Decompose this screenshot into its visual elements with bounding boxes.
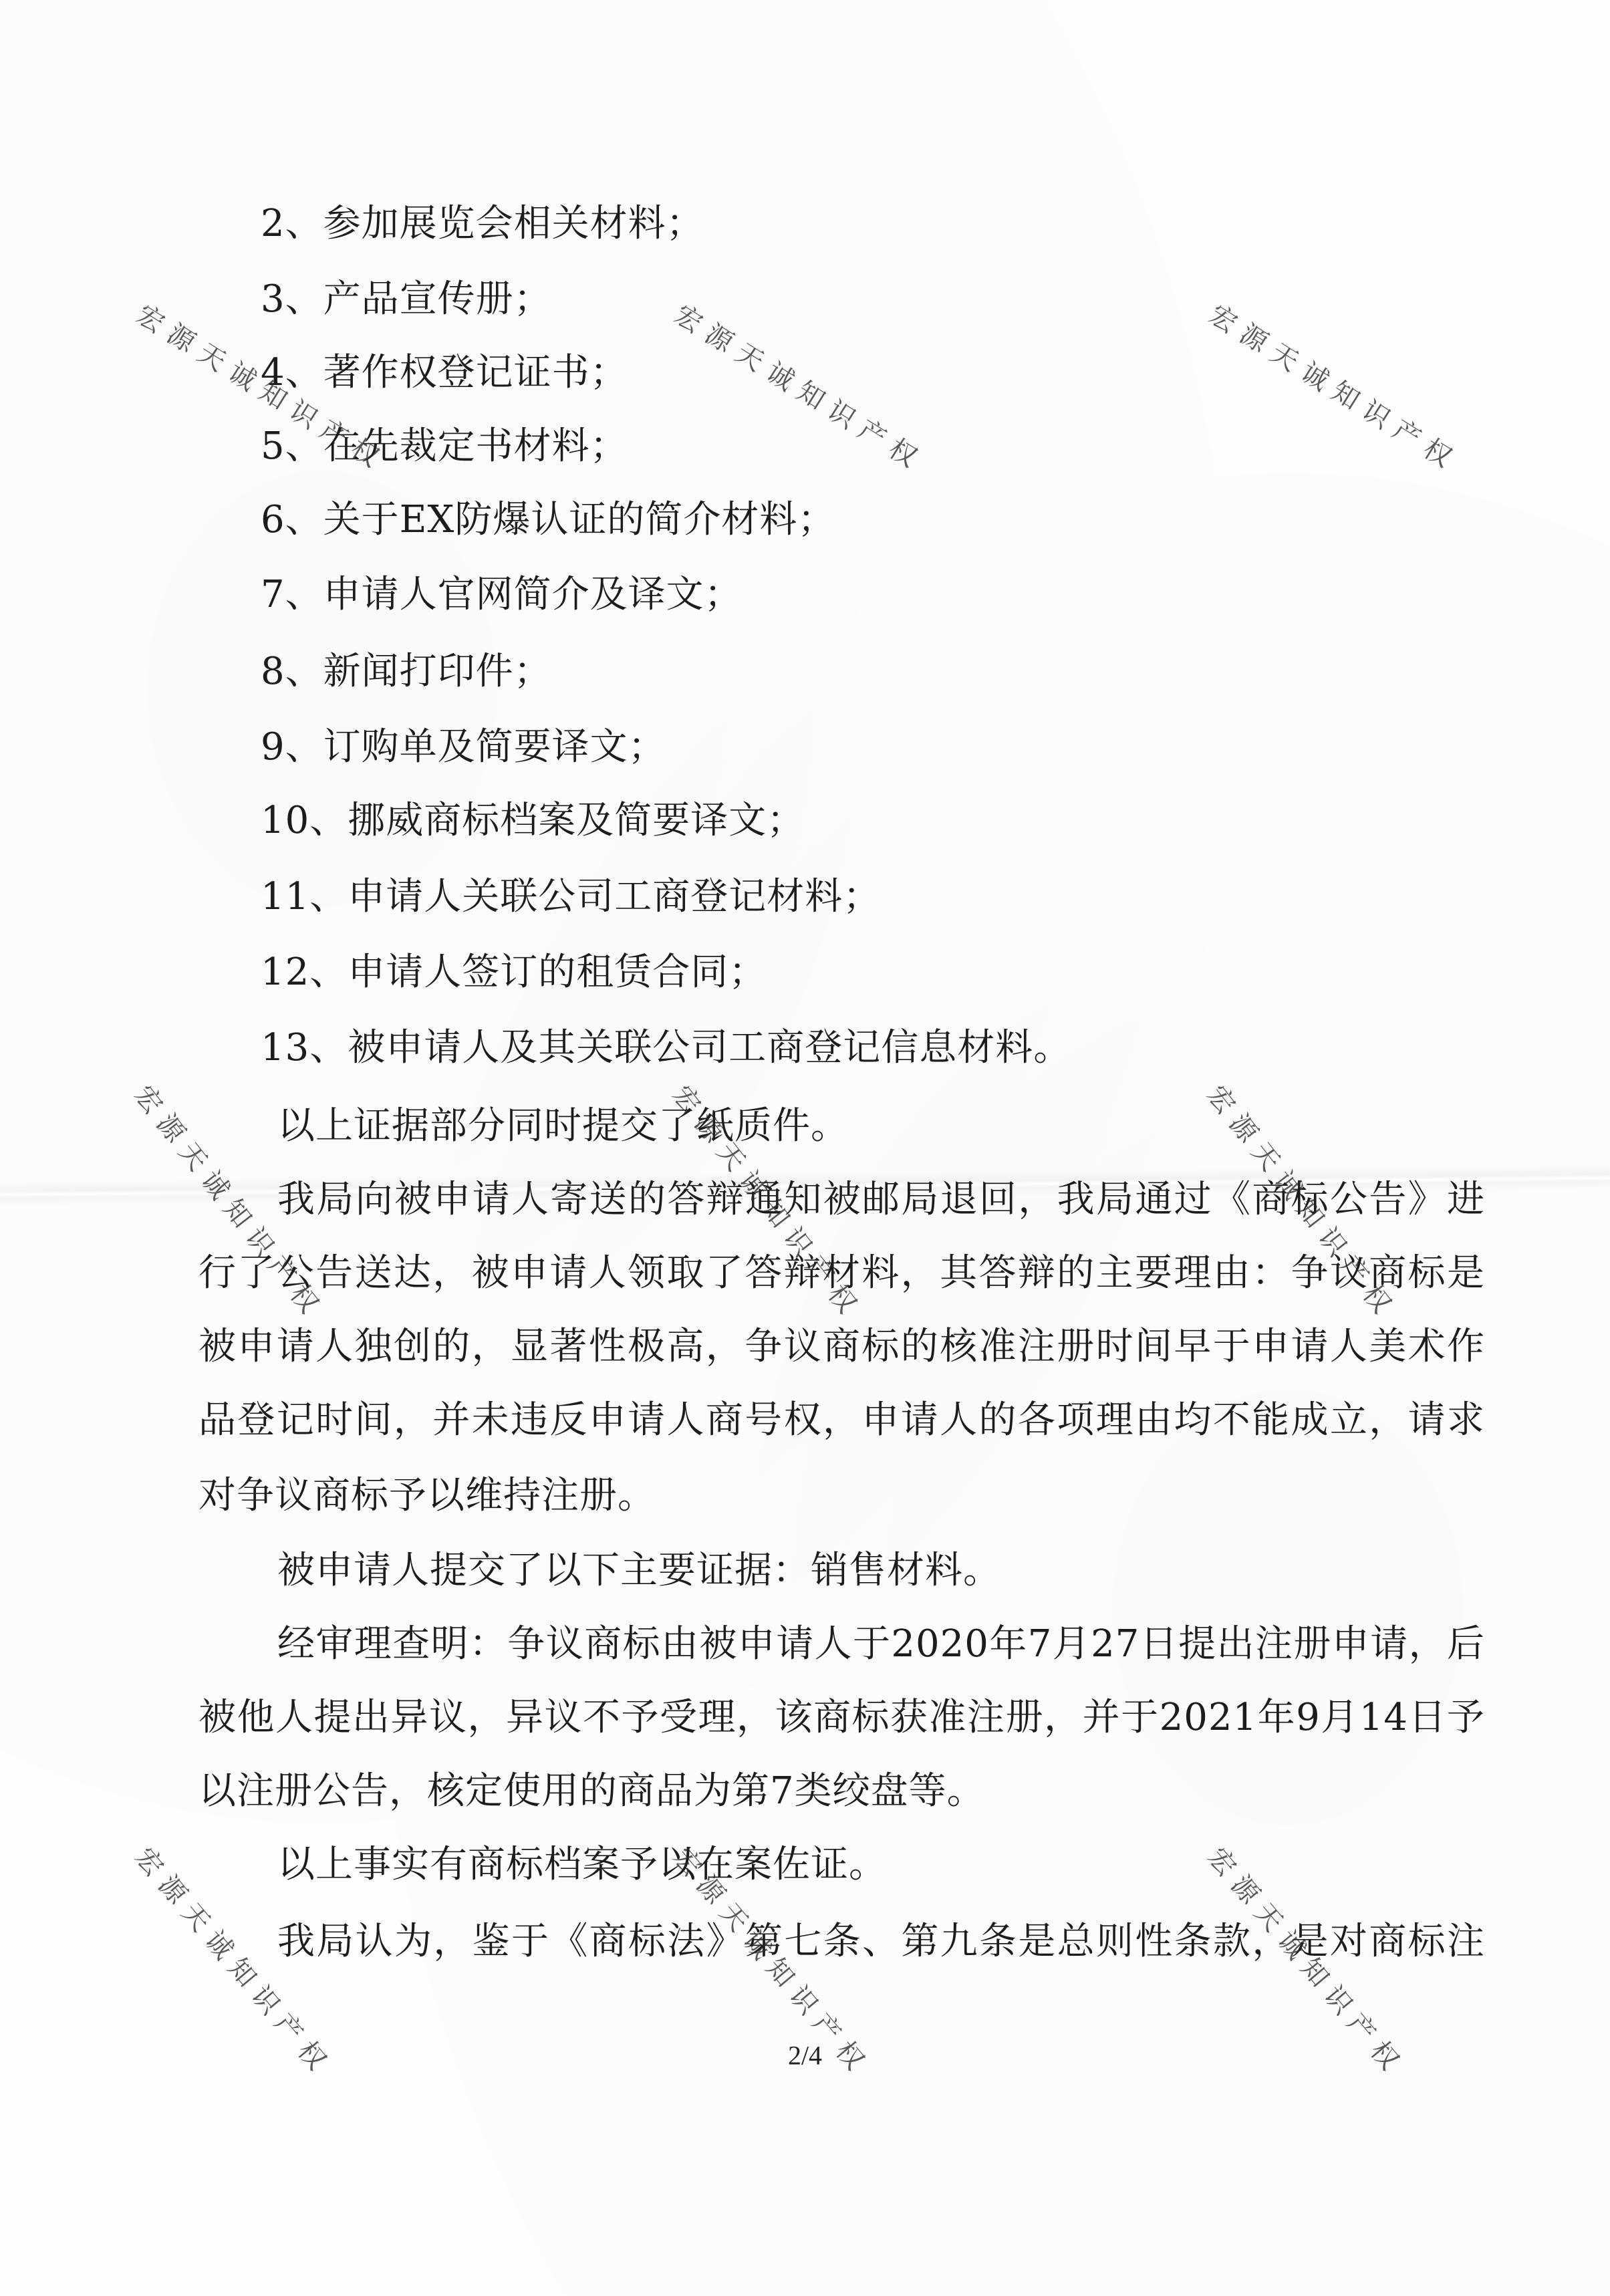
- evidence-item-4: 4、著作权登记证书；: [261, 350, 628, 396]
- evidence-item-6: 6、关于EX防爆认证的简介材料；: [261, 497, 835, 543]
- reply-paragraph-line-1: 我局向被申请人寄送的答辩通知被邮局退回，我局通过《商标公告》进: [277, 1176, 1485, 1223]
- findings-paragraph-line-1: 经审理查明：争议商标由被申请人于2020年7月27日提出注册申请，后: [277, 1621, 1485, 1668]
- reply-paragraph-line-5: 对争议商标予以维持注册。: [198, 1473, 656, 1519]
- reply-paragraph-line-4: 品登记时间，并未违反申请人商号权，申请人的各项理由均不能成立，请求: [198, 1397, 1485, 1444]
- evidence-item-3: 3、产品宣传册；: [261, 276, 552, 323]
- reply-paragraph-line-3: 被申请人独创的，显著性极高，争议商标的核准注册时间早于申请人美术作: [198, 1323, 1485, 1370]
- reply-paragraph-line-2: 行了公告送达，被申请人领取了答辩材料，其答辩的主要理由：争议商标是: [198, 1250, 1485, 1297]
- watermark-stamp: 宏源天诚知识产权: [668, 294, 934, 479]
- evidence-item-12: 12、申请人签订的租赁合同；: [261, 949, 767, 996]
- evidence-item-11: 11、申请人关联公司工商登记材料；: [261, 874, 881, 920]
- paper-submission-note: 以上证据部分同时提交了纸质件。: [277, 1103, 849, 1150]
- watermark-stamp: 宏源天诚知识产权: [1203, 294, 1468, 479]
- evidence-item-8: 8、新闻打印件；: [261, 648, 552, 695]
- facts-note: 以上事实有商标档案予以在案佐证。: [277, 1841, 887, 1888]
- evidence-item-9: 9、订购单及简要译文；: [261, 724, 666, 771]
- evidence-item-2: 2、参加展览会相关材料；: [261, 201, 704, 247]
- findings-paragraph-line-3: 以注册公告，核定使用的商品为第7类绞盘等。: [198, 1768, 985, 1815]
- respondent-evidence: 被申请人提交了以下主要证据：销售材料。: [277, 1547, 1001, 1594]
- evidence-item-10: 10、挪威商标档案及简要译文；: [261, 797, 805, 844]
- evidence-item-7: 7、申请人官网简介及译文；: [261, 571, 743, 618]
- findings-paragraph-line-2: 被他人提出异议，异议不予受理，该商标获准注册，并于2021年9月14日予: [198, 1694, 1485, 1741]
- document-page: 2、参加展览会相关材料； 3、产品宣传册； 4、著作权登记证书； 5、在先裁定书…: [0, 0, 1610, 2296]
- evidence-item-5: 5、在先裁定书材料；: [261, 423, 628, 470]
- opinion-paragraph-line-1: 我局认为，鉴于《商标法》第七条、第九条是总则性条款，是对商标注: [277, 1918, 1485, 1965]
- evidence-item-13: 13、被申请人及其关联公司工商登记信息材料。: [261, 1025, 1071, 1071]
- page-number: 2/4: [0, 2040, 1610, 2071]
